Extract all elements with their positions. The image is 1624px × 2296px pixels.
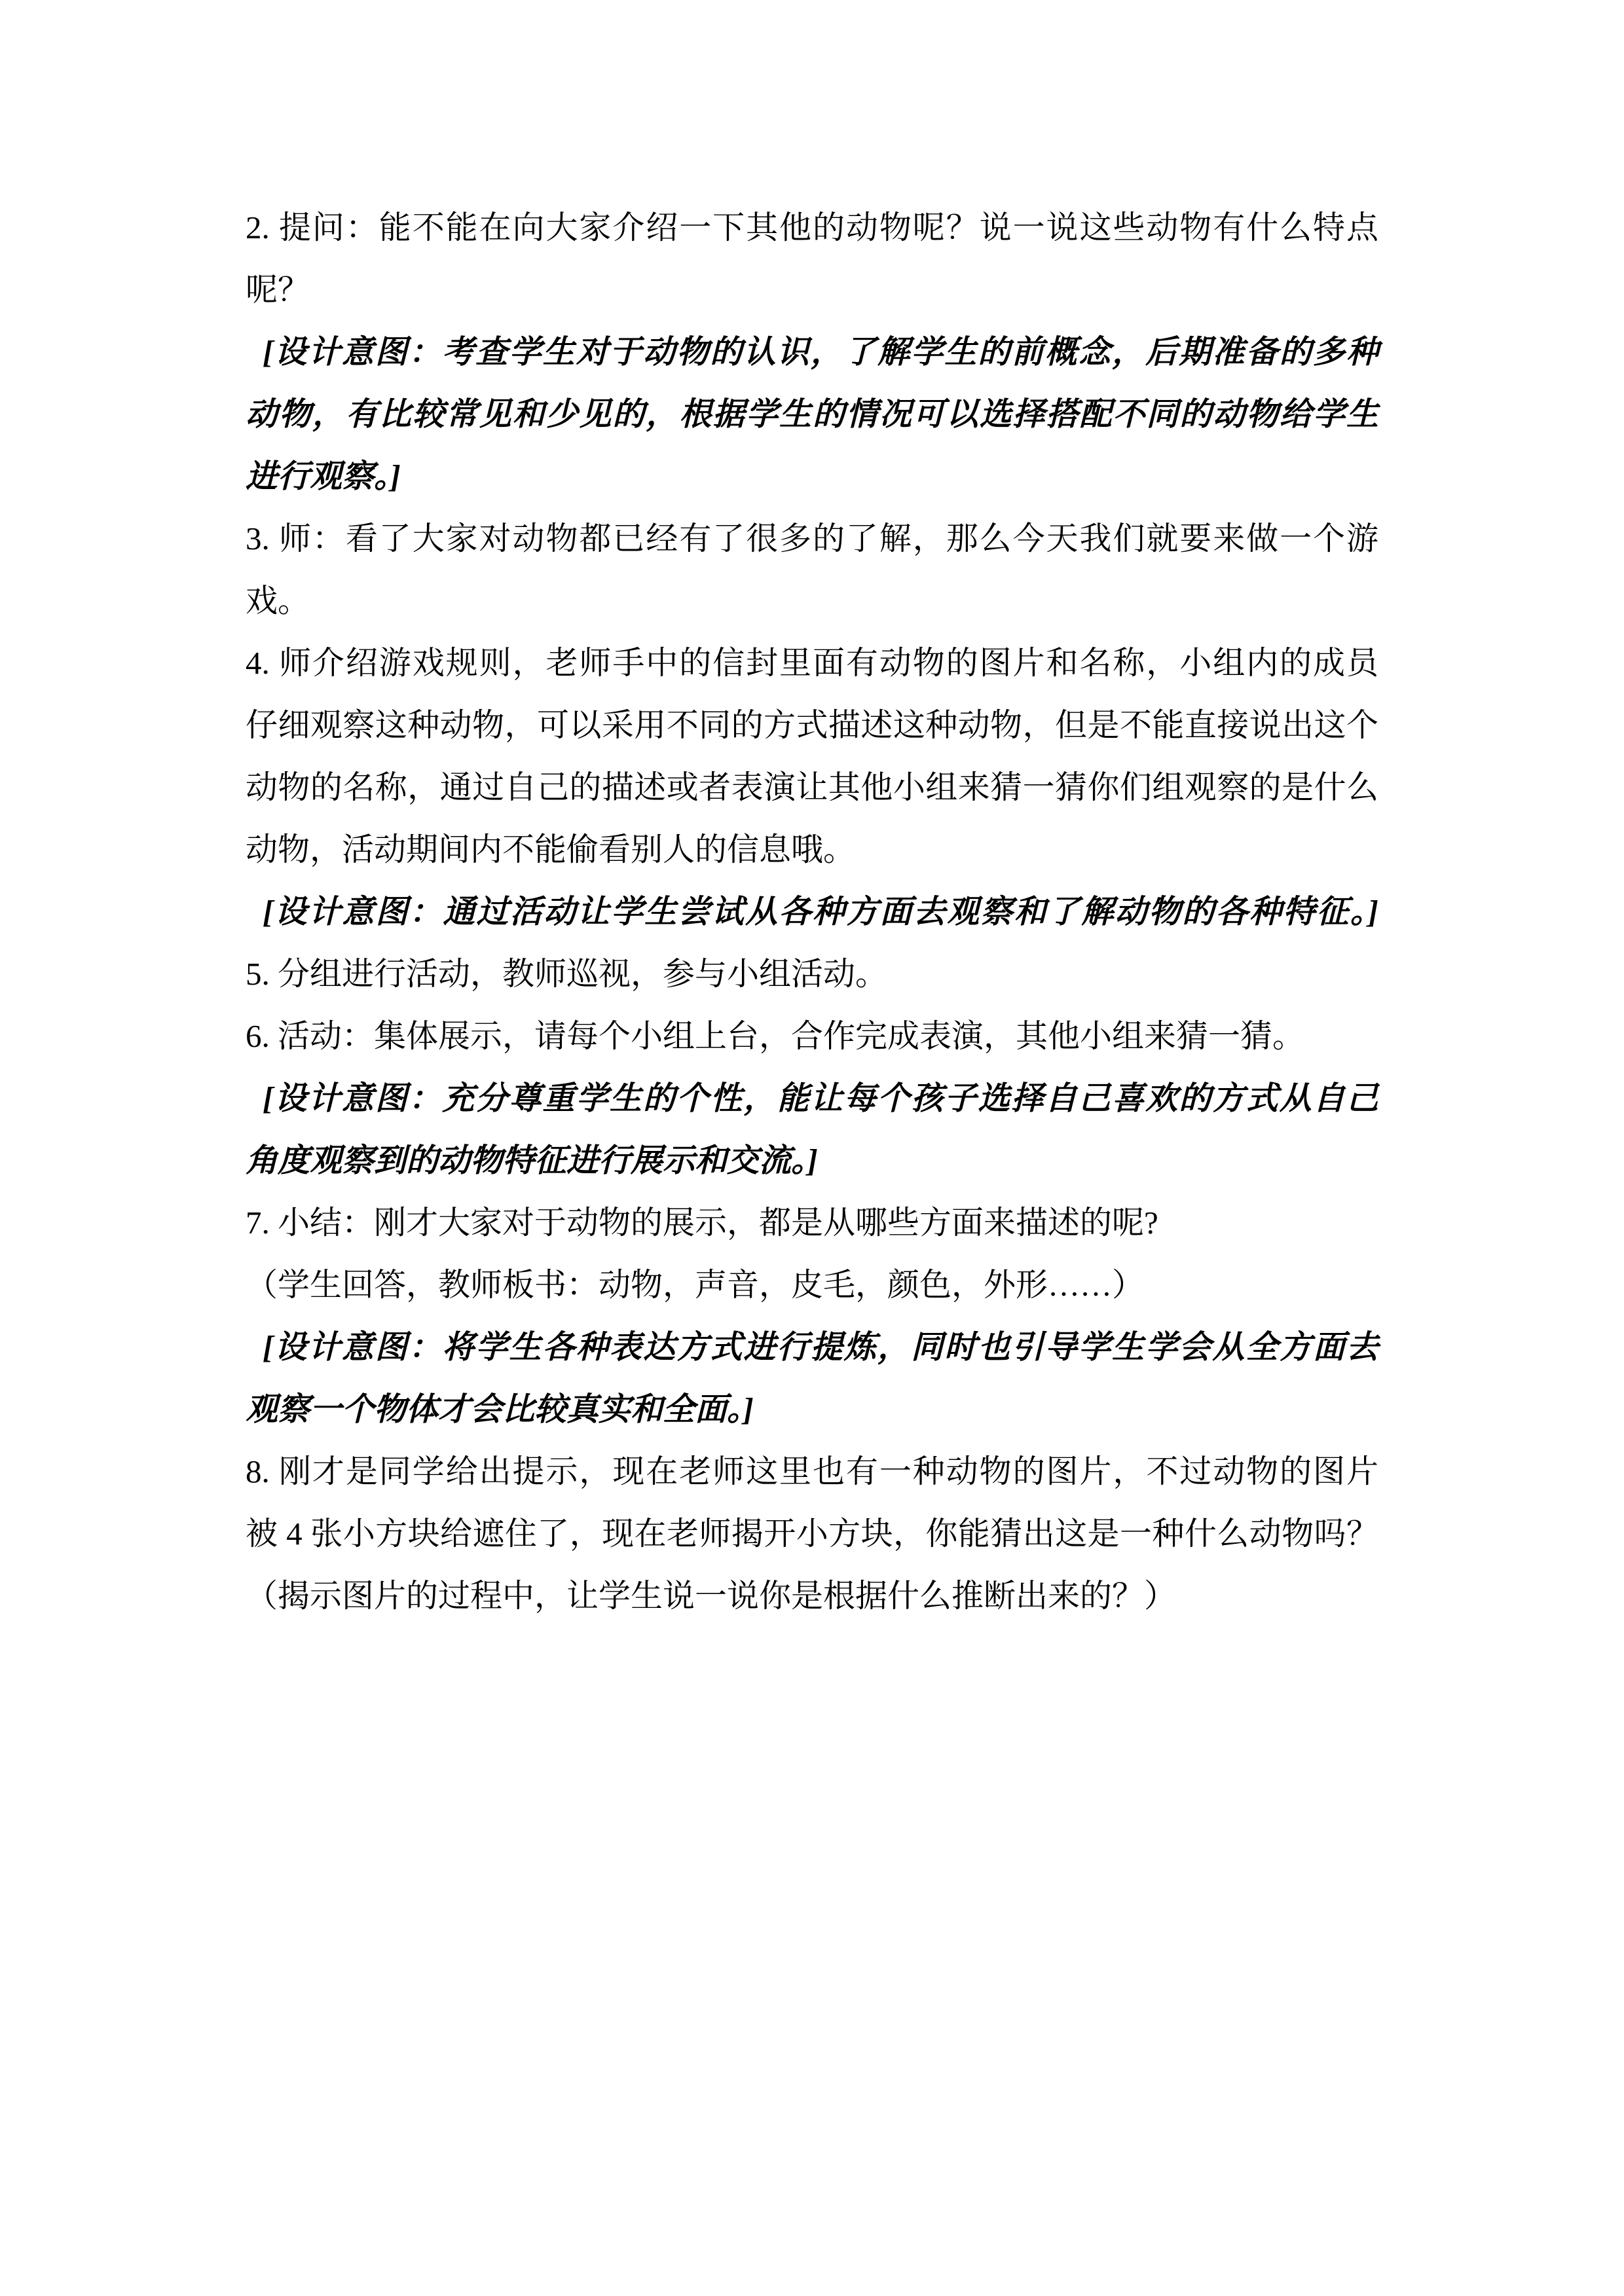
doc-line-step6: 6. 活动：集体展示，请每个小组上台，合作完成表演，其他小组来猜一猜。 [246,1005,1378,1067]
doc-line-step4-cont2: 动物的名称，通过自己的描述或者表演让其他小组来猜一猜你们组观察的是什么 [246,756,1378,818]
doc-line-step8: 8. 刚才是同学给出提示，现在老师这里也有一种动物的图片，不过动物的图片 [246,1440,1378,1503]
doc-line-step4-cont1: 仔细观察这种动物，可以采用不同的方式描述这种动物，但是不能直接说出这个 [246,694,1378,756]
doc-line-design-intent-1: [设计意图：考查学生对于动物的认识，了解学生的前概念，后期准备的多种 [246,321,1378,383]
doc-line-step7: 7. 小结：刚才大家对于动物的展示，都是从哪些方面来描述的呢? [246,1192,1378,1254]
lesson-plan-text: 2. 提问：能不能在向大家介绍一下其他的动物呢？说一说这些动物有什么特点 呢？ … [246,196,1378,1627]
doc-line-step2-cont: 呢？ [246,259,1378,321]
doc-line-design-intent-1-end: 进行观察。] [246,445,1378,507]
doc-line-design-intent-2: [设计意图：通过活动让学生尝试从各种方面去观察和了解动物的各种特征。] [246,881,1378,943]
doc-line-step8-note: （揭示图片的过程中，让学生说一说你是根据什么推断出来的？） [246,1565,1378,1627]
doc-line-design-intent-4-end: 观察一个物体才会比较真实和全面。] [246,1378,1378,1440]
doc-line-design-intent-3: [设计意图：充分尊重学生的个性，能让每个孩子选择自己喜欢的方式从自己 [246,1067,1378,1129]
document-page: 2. 提问：能不能在向大家介绍一下其他的动物呢？说一说这些动物有什么特点 呢？ … [0,0,1624,2296]
doc-line-step7-note: （学生回答，教师板书：动物，声音，皮毛，颜色，外形……） [246,1254,1378,1316]
doc-line-design-intent-4: [设计意图：将学生各种表达方式进行提炼，同时也引导学生学会从全方面去 [246,1316,1378,1378]
doc-line-step2: 2. 提问：能不能在向大家介绍一下其他的动物呢？说一说这些动物有什么特点 [246,196,1378,259]
doc-line-step3: 3. 师：看了大家对动物都已经有了很多的了解，那么今天我们就要来做一个游 [246,507,1378,570]
doc-line-design-intent-1-cont: 动物，有比较常见和少见的，根据学生的情况可以选择搭配不同的动物给学生 [246,383,1378,445]
doc-line-design-intent-3-end: 角度观察到的动物特征进行展示和交流。] [246,1129,1378,1192]
doc-line-step4: 4. 师介绍游戏规则，老师手中的信封里面有动物的图片和名称，小组内的成员 [246,632,1378,694]
doc-line-step8-cont: 被 4 张小方块给遮住了，现在老师揭开小方块，你能猜出这是一种什么动物吗？ [246,1503,1378,1565]
doc-line-step4-end: 动物，活动期间内不能偷看别人的信息哦。 [246,818,1378,881]
doc-line-step5: 5. 分组进行活动，教师巡视，参与小组活动。 [246,943,1378,1005]
doc-line-step3-cont: 戏。 [246,570,1378,632]
